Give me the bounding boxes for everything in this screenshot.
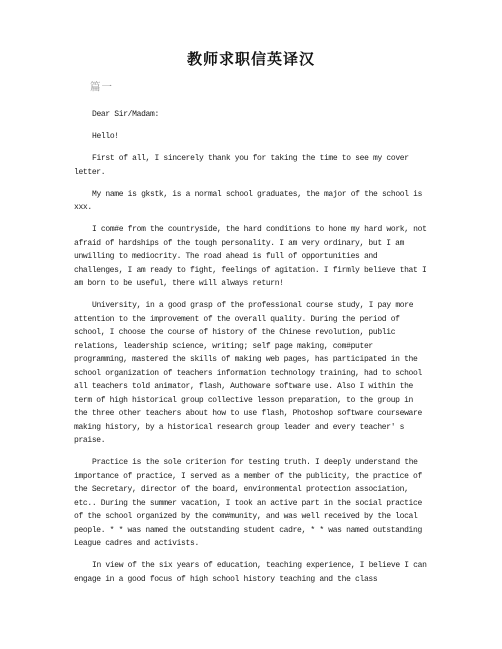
letter-paragraph-2: My name is gkstk, is a normal school gra…	[74, 188, 430, 215]
letter-paragraph-5: Practice is the sole criterion for testi…	[74, 456, 430, 551]
salutation-line: Dear Sir/Madam:	[74, 108, 430, 122]
letter-paragraph-1: First of all, I sincerely thank you for …	[74, 152, 430, 179]
letter-paragraph-4: University, in a good grasp of the profe…	[74, 299, 430, 448]
letter-paragraph-6: In view of the six years of education, t…	[74, 559, 430, 586]
greeting-line: Hello!	[74, 130, 430, 144]
document-title: 教师求职信英译汉	[0, 50, 502, 68]
letter-body: Dear Sir/Madam: Hello! First of all, I s…	[74, 108, 430, 586]
letter-paragraph-3: I com#e from the countryside, the hard c…	[74, 223, 430, 291]
document-page: 教师求职信英译汉 篇一 Dear Sir/Madam: Hello! First…	[0, 0, 502, 649]
section-label: 篇一	[90, 81, 502, 94]
